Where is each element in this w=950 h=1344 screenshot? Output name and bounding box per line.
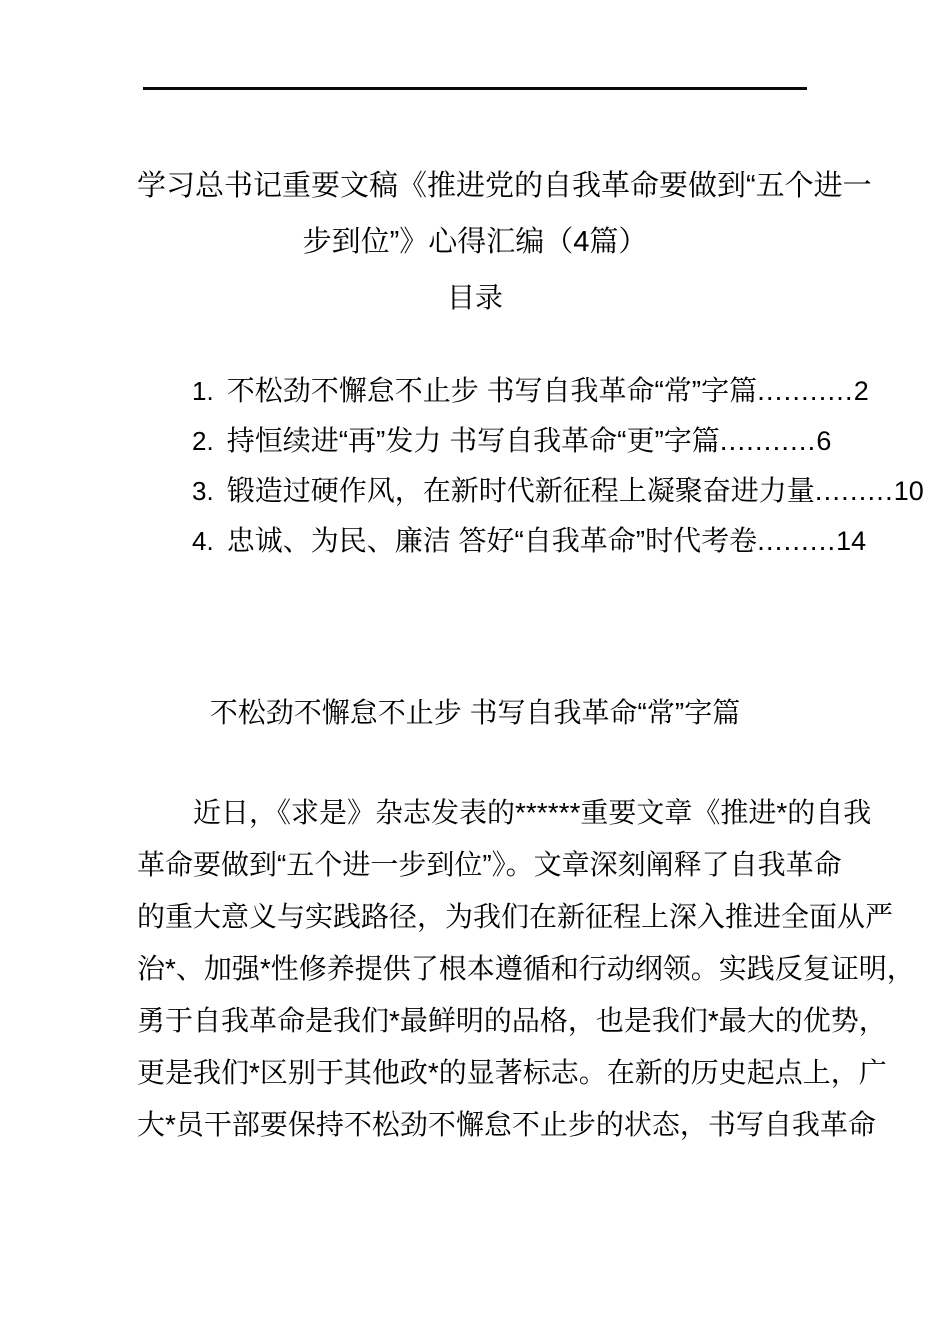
body-text-line: 更是我们*区别于其他政*的显著标志。在新的历史起点上，广 (137, 1047, 813, 1099)
document-title-line-1: 学习总书记重要文稿《推进党的自我革命要做到“五个进一 (137, 158, 813, 214)
document-title: 学习总书记重要文稿《推进党的自我革命要做到“五个进一 步到位”》心得汇编（4篇） (137, 158, 813, 270)
document-page: 学习总书记重要文稿《推进党的自我革命要做到“五个进一 步到位”》心得汇编（4篇）… (0, 0, 950, 1344)
toc-heading: 目录 (137, 270, 813, 326)
toc-item-3: 3.锻造过硬作风，在新时代新征程上凝聚奋进力量.........10 (137, 466, 813, 516)
toc-page-number: 14 (836, 526, 866, 556)
toc-dot-leader: ......... (815, 475, 894, 506)
toc-dot-leader: ........... (757, 375, 854, 406)
body-text-line: 革命要做到“五个进一步到位”》。文章深刻阐释了自我革命 (137, 839, 813, 891)
toc-item-label: 持恒续进“再”发力 书写自我革命“更”字篇 (227, 425, 720, 456)
toc-page-number: 2 (854, 376, 869, 406)
toc-page-number: 6 (816, 426, 831, 456)
body-paragraph: 近日，《求是》杂志发表的******重要文章《推进*的自我 革命要做到“五个进一… (137, 787, 813, 1151)
toc-item-label: 锻造过硬作风，在新时代新征程上凝聚奋进力量 (227, 475, 815, 506)
toc-item-1: 1.不松劲不懈怠不止步 书写自我革命“常”字篇...........2 (137, 366, 813, 416)
toc-dot-leader: ......... (757, 525, 836, 556)
toc-page-number: 10 (894, 476, 924, 506)
toc-item-number: 1. (192, 366, 214, 416)
toc-list: 1.不松劲不懈怠不止步 书写自我革命“常”字篇...........2 2.持恒… (137, 366, 813, 566)
toc-item-2: 2.持恒续进“再”发力 书写自我革命“更”字篇...........6 (137, 416, 813, 466)
document-title-line-2: 步到位”》心得汇编（4篇） (137, 214, 813, 270)
body-text-line: 治*、加强*性修养提供了根本遵循和行动纲领。实践反复证明， (137, 943, 813, 995)
section-heading: 不松劲不懈怠不止步 书写自我革命“常”字篇 (137, 688, 813, 738)
toc-item-number: 3. (192, 466, 214, 516)
toc-item-number: 2. (192, 416, 214, 466)
body-text-line: 大*员干部要保持不松劲不懈怠不止步的状态，书写自我革命 (137, 1099, 813, 1151)
body-text-line: 勇于自我革命是我们*最鲜明的品格，也是我们*最大的优势， (137, 995, 813, 1047)
page-content: 学习总书记重要文稿《推进党的自我革命要做到“五个进一 步到位”》心得汇编（4篇）… (137, 0, 813, 1151)
body-text-line: 近日，《求是》杂志发表的******重要文章《推进*的自我 (137, 787, 813, 839)
toc-item-number: 4. (192, 516, 214, 566)
body-text-line: 的重大意义与实践路径，为我们在新征程上深入推进全面从严 (137, 891, 813, 943)
toc-item-4: 4.忠诚、为民、廉洁 答好“自我革命”时代考卷.........14 (137, 516, 813, 566)
toc-item-label: 忠诚、为民、廉洁 答好“自我革命”时代考卷 (227, 525, 757, 556)
toc-dot-leader: ........... (720, 425, 817, 456)
toc-item-label: 不松劲不懈怠不止步 书写自我革命“常”字篇 (227, 375, 757, 406)
